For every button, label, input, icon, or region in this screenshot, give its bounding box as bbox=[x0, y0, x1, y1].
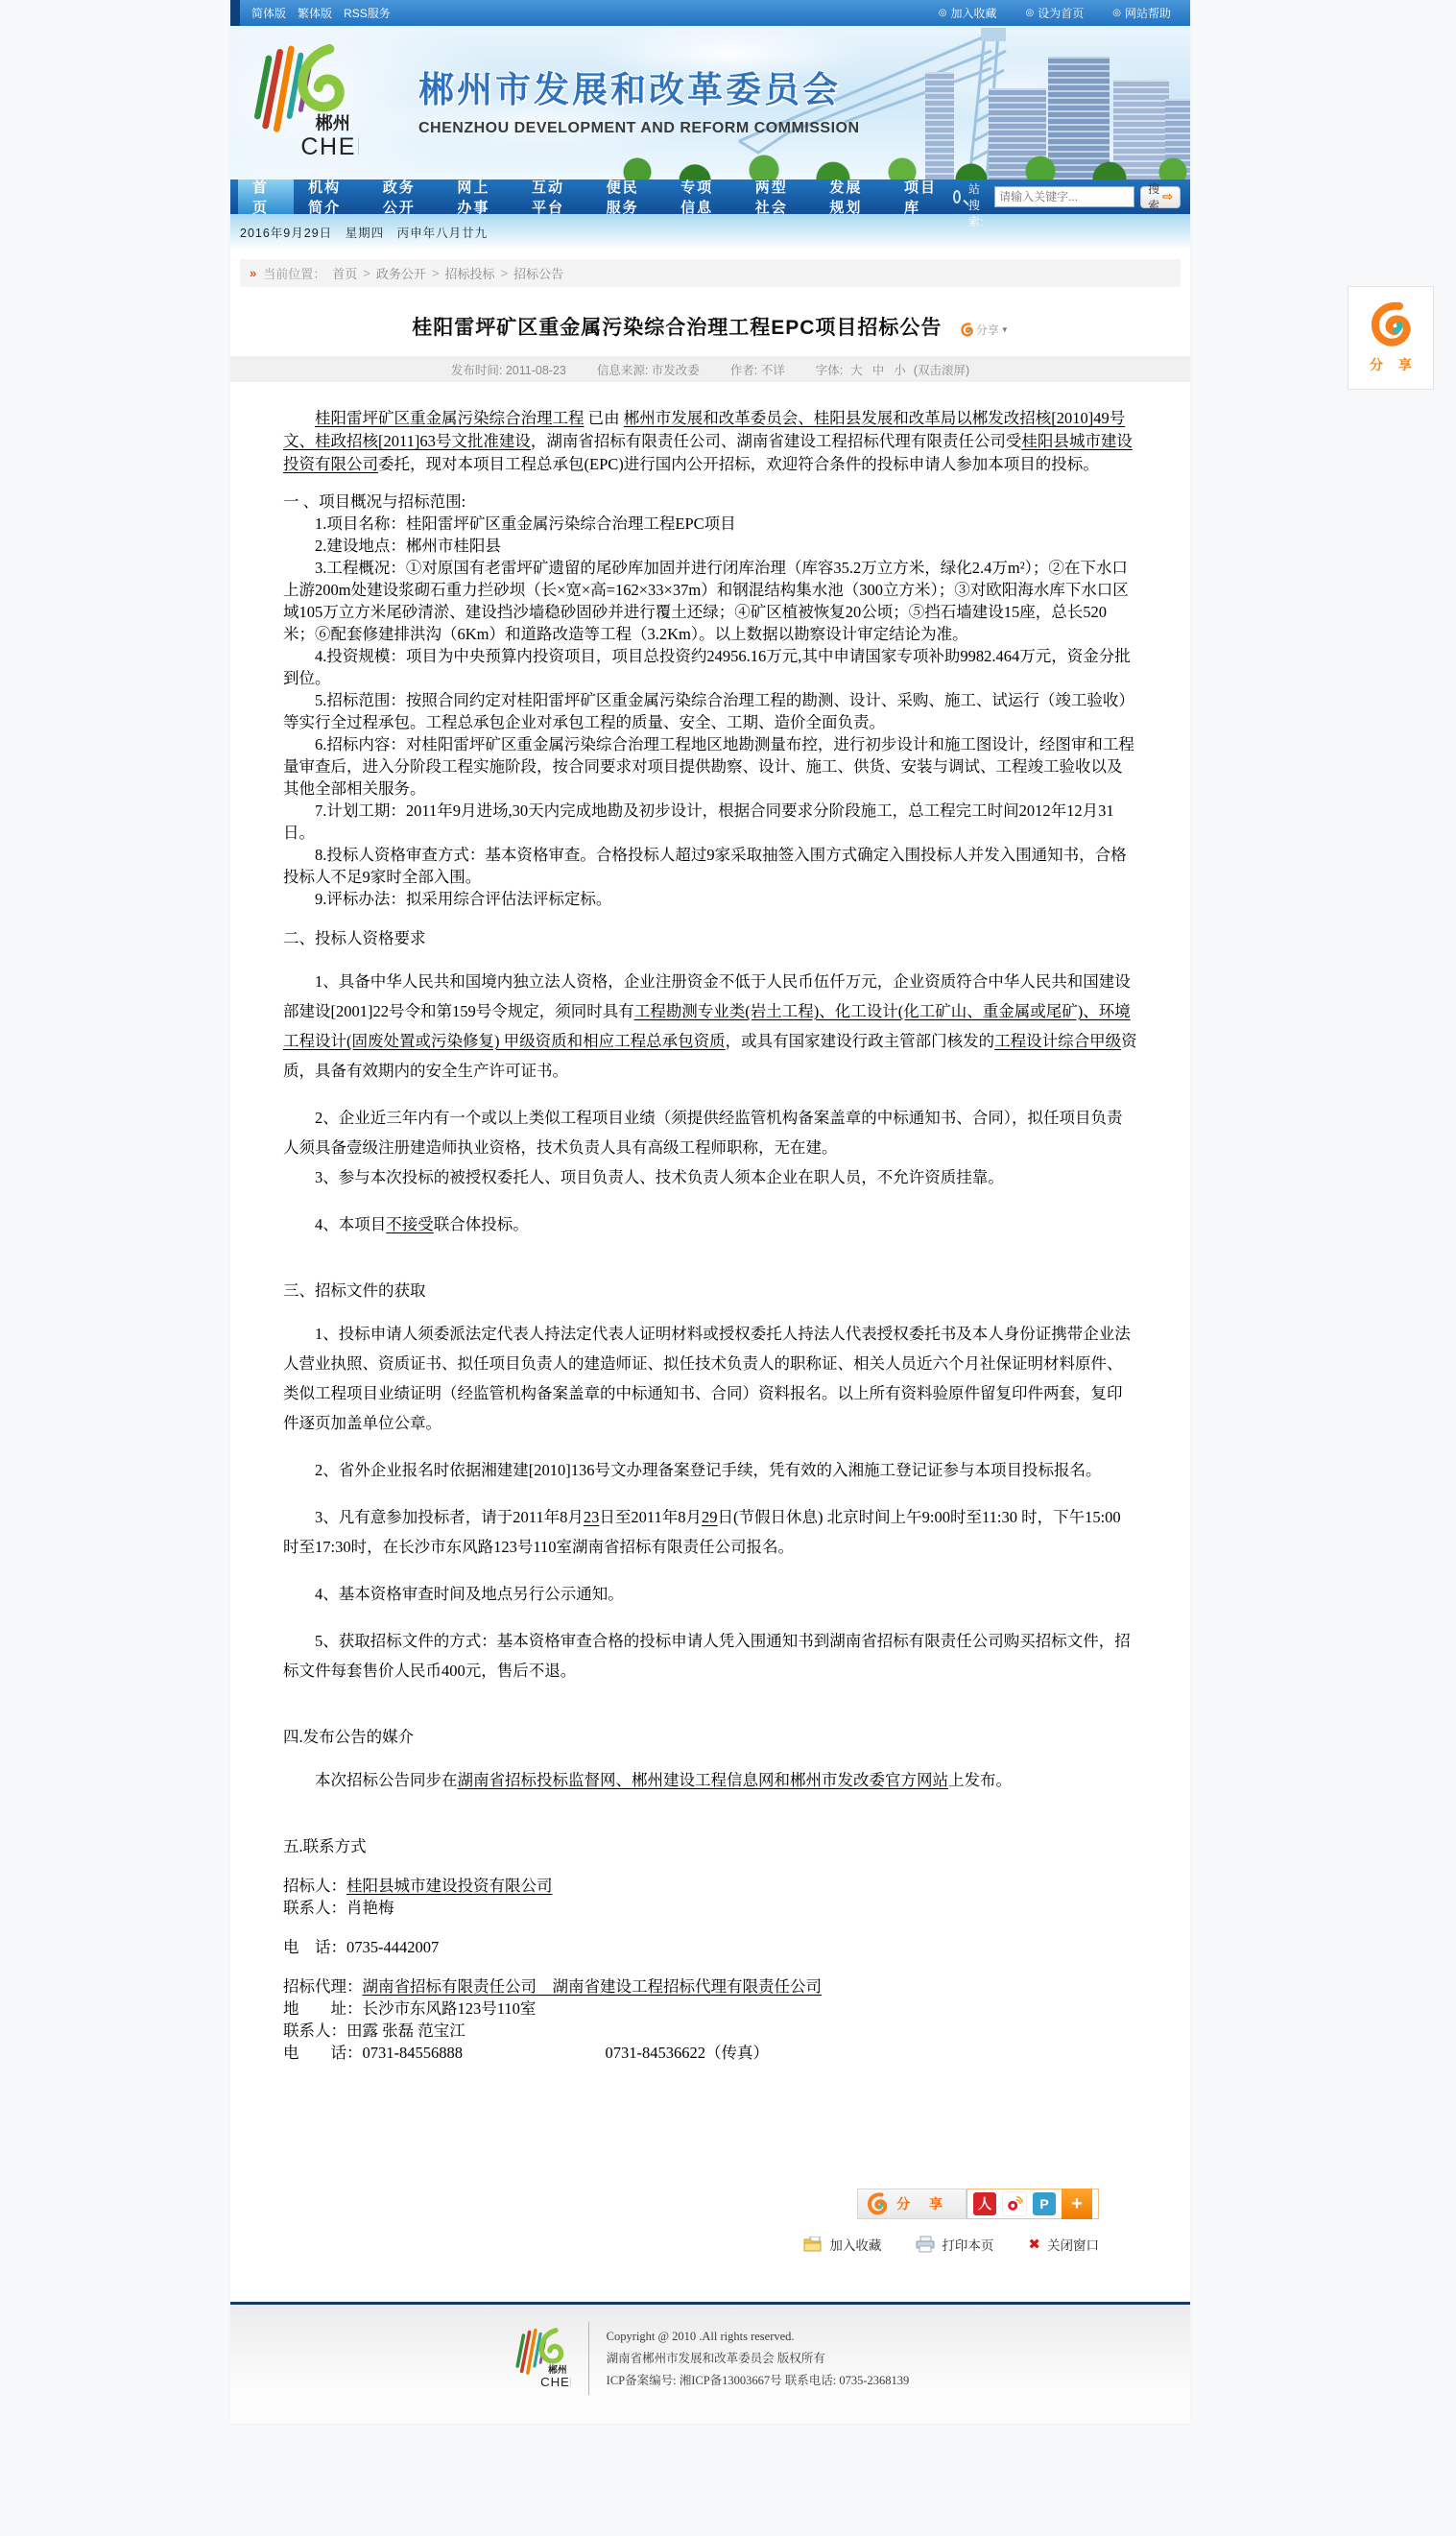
nav-item[interactable]: 便民服务 bbox=[592, 179, 667, 214]
icp-line: ICP备案编号: 湘ICP备13003667号 联系电话: 0735-23681… bbox=[607, 2370, 910, 2392]
current-date: 2016年9月29日 星期四 丙申年八月廿九 bbox=[240, 224, 488, 241]
paragraph: 5.招标范围：按照合同约定对桂阳雷坪矿区重金属污染综合治理工程的勘测、设计、采购… bbox=[283, 689, 1137, 733]
section-heading: 四.发布公告的媒介 bbox=[283, 1726, 1137, 1748]
printer-icon bbox=[916, 2236, 935, 2253]
bshare-label: 分 享 bbox=[896, 2194, 950, 2213]
simplified-chinese-link[interactable]: 简体版 bbox=[251, 5, 286, 21]
paragraph: 1、投标申请人须委派法定代表人持法定代表人证明材料或授权委托人持法人代表授权委托… bbox=[283, 1319, 1137, 1438]
share-button[interactable]: 分享 ▼ bbox=[960, 322, 1009, 338]
rights-line: 湖南省郴州市发展和改革委员会 版权所有 bbox=[607, 2348, 910, 2370]
article-meta-bar: 发布时间: 2011-08-23 信息来源: 市发改委 作者: 不详 字体: 大… bbox=[230, 356, 1190, 382]
section-heading: 三、招标文件的获取 bbox=[283, 1280, 1137, 1302]
close-x-icon: ✖ bbox=[1028, 2237, 1040, 2252]
topbar-left-links: 简体版 繁体版 RSS服务 bbox=[240, 5, 391, 21]
paragraph: 3.工程概况：①对原国有老雷坪矿遗留的尾砂库加固并进行闭库治理（库容35.2万立… bbox=[283, 557, 1137, 645]
author: 作者: 不详 bbox=[730, 361, 785, 378]
footer-divider bbox=[588, 2322, 589, 2395]
site-banner: 郴州市发展和改革委员会 CHENZHOU DEVELOPMENT AND REF… bbox=[230, 26, 1190, 179]
rss-service-link[interactable]: RSS服务 bbox=[344, 5, 391, 21]
paragraph: 4.投资规模：项目为中央预算内投资项目，项目总投资约24956.16万元,其中申… bbox=[283, 645, 1137, 689]
add-favorite-button[interactable]: 加入收藏 bbox=[803, 2235, 881, 2254]
font-size-small-button[interactable]: 小 bbox=[894, 361, 906, 378]
paragraph: 2、省外企业报名时依据湘建建[2010]136号文办理备案登记手续，凭有效的入湘… bbox=[283, 1455, 1137, 1485]
search-icon bbox=[953, 190, 961, 203]
nav-item[interactable]: 专项信息 bbox=[666, 179, 741, 214]
paragraph: 9.评标办法：拟采用综合评估法评标定标。 bbox=[283, 888, 1137, 910]
topbar: 简体版 繁体版 RSS服务 ◎加入收藏 ◎设为首页 ◎网站帮助 bbox=[230, 0, 1190, 26]
site-name-english: CHENZHOU DEVELOPMENT AND REFORM COMMISSI… bbox=[418, 120, 860, 137]
breadcrumb-link[interactable]: 首页 bbox=[332, 264, 357, 282]
bshare-logo-icon bbox=[960, 323, 974, 337]
main-navigation: 首 页机构简介政务公开网上办事互动平台便民服务专项信息两型社会发展规划项目库 全… bbox=[230, 179, 1190, 214]
breadcrumb-link[interactable]: 招标投标 bbox=[444, 264, 494, 282]
font-size-large-button[interactable]: 大 bbox=[850, 361, 863, 378]
breadcrumb: » 当前位置： 首页>政务公开>招标投标>招标公告 bbox=[240, 259, 1181, 287]
section-heading: 五.联系方式 bbox=[283, 1835, 1137, 1857]
footer-text: Copyright @ 2010 .All rights reserved. 湖… bbox=[607, 2326, 910, 2392]
share-zone: 分 享 人 P + bbox=[230, 2189, 1099, 2260]
paragraph: 电 话：0731-84556888 0731-84536622（传真） bbox=[283, 2042, 1137, 2064]
paragraph: 1.项目名称：桂阳雷坪矿区重金属污染综合治理工程EPC项目 bbox=[283, 513, 1137, 535]
date-bar: 2016年9月29日 星期四 丙申年八月廿九 bbox=[230, 214, 1190, 250]
site-title-block: 郴州市发展和改革委员会 CHENZHOU DEVELOPMENT AND REF… bbox=[418, 60, 860, 137]
circle-bullet-icon: ◎ bbox=[939, 9, 947, 18]
topbar-right-links: ◎加入收藏 ◎设为首页 ◎网站帮助 bbox=[939, 5, 1190, 21]
paragraph: 3、凡有意参加投标者，请于2011年8月23日至2011年8月29日(节假日休息… bbox=[283, 1502, 1137, 1562]
nav-item[interactable]: 机构简介 bbox=[294, 179, 369, 214]
topbar-corner-accent bbox=[230, 0, 240, 26]
paragraph: 5、获取招标文件的方式：基本资格审查合格的投标申请人凭入围通知书到湖南省招标有限… bbox=[283, 1626, 1137, 1686]
bookmark-folder-icon bbox=[803, 2237, 823, 2252]
foliage-illustration bbox=[614, 149, 1190, 179]
nav-item[interactable]: 政务公开 bbox=[369, 179, 443, 214]
bshare-icons: 人 P + bbox=[967, 2189, 1099, 2219]
paragraph: 2、企业近三年内有一个或以上类似工程项目业绩（须提供经监管机构备案盖章的中标通知… bbox=[283, 1103, 1137, 1162]
paragraph: 1、具备中华人民共和国境内独立法人资格，企业注册资金不低于人民币伍仟万元，企业资… bbox=[283, 967, 1137, 1086]
paragraph: 地 址：长沙市东风路123号110室 bbox=[283, 1998, 1137, 2020]
paragraph: 联系人：田露 张磊 范宝江 bbox=[283, 2020, 1137, 2042]
close-window-button[interactable]: ✖ 关闭窗口 bbox=[1028, 2235, 1099, 2254]
tqq-icon[interactable]: P bbox=[1033, 2192, 1056, 2215]
breadcrumb-separator: > bbox=[500, 266, 508, 280]
set-homepage-link[interactable]: ◎设为首页 bbox=[1026, 5, 1085, 21]
paragraph: 6.招标内容：对桂阳雷坪矿区重金属污染综合治理工程地区地勘测量布控，进行初步设计… bbox=[283, 733, 1137, 800]
chevron-down-icon: ▼ bbox=[1001, 325, 1009, 334]
paragraph: 8.投标人资格审查方式：基本资格审查。合格投标人超过9家采取抽签入围方式确定入围… bbox=[283, 844, 1137, 888]
nav-item[interactable]: 发展规划 bbox=[815, 179, 890, 214]
site-search: 全站搜索: 搜索⇨ bbox=[953, 179, 1190, 214]
paragraph: 电 话：0735-4442007 bbox=[283, 1936, 1137, 1958]
bshare-logo-icon bbox=[866, 2192, 889, 2215]
paragraph: 桂阳雷坪矿区重金属污染综合治理工程 已由 郴州市发展和改革委员会、桂阳县发展和改… bbox=[283, 407, 1137, 476]
nav-item[interactable]: 互动平台 bbox=[517, 179, 592, 214]
section-heading: 二、投标人资格要求 bbox=[283, 927, 1137, 949]
paragraph: 招标人：桂阳县城市建设投资有限公司 bbox=[283, 1875, 1137, 1897]
renren-icon[interactable]: 人 bbox=[973, 2192, 996, 2215]
traditional-chinese-link[interactable]: 繁体版 bbox=[298, 5, 332, 21]
site-logo bbox=[512, 2325, 571, 2392]
breadcrumb-separator: > bbox=[432, 266, 440, 280]
page-title: 桂阳雷坪矿区重金属污染综合治理工程EPC项目招标公告 bbox=[412, 317, 942, 339]
breadcrumb-link[interactable]: 招标公告 bbox=[513, 264, 563, 282]
more-share-icon[interactable]: + bbox=[1062, 2189, 1092, 2219]
breadcrumb-separator: > bbox=[363, 266, 370, 280]
scroll-hint: (双击滚屏) bbox=[914, 361, 969, 378]
section-heading: 一 、项目概况与招标范围: bbox=[283, 490, 1137, 513]
page-actions: 加入收藏 打印本页 ✖ 关闭窗口 bbox=[803, 2235, 1099, 2254]
nav-menu: 首 页机构简介政务公开网上办事互动平台便民服务专项信息两型社会发展规划项目库 bbox=[230, 179, 953, 214]
paragraph: 招标代理：湖南省招标有限责任公司 湖南省建设工程招标代理有限责任公司 bbox=[283, 1975, 1137, 1998]
publish-time: 发布时间: 2011-08-23 bbox=[451, 361, 566, 378]
info-source: 信息来源: 市发改委 bbox=[597, 361, 700, 378]
nav-item[interactable]: 两型社会 bbox=[741, 179, 816, 214]
search-button[interactable]: 搜索⇨ bbox=[1140, 186, 1181, 208]
site-help-link[interactable]: ◎网站帮助 bbox=[1112, 5, 1171, 21]
weibo-icon[interactable] bbox=[1002, 2191, 1027, 2216]
paragraph: 本次招标公告同步在湖南省招标投标监督网、郴州建设工程信息网和郴州市发改委官方网站… bbox=[283, 1765, 1137, 1795]
nav-item[interactable]: 项目库 bbox=[890, 179, 953, 214]
nav-item[interactable]: 首 页 bbox=[238, 179, 294, 214]
bshare-logo-icon bbox=[1368, 301, 1414, 347]
paragraph: 4、基本资格审查时间及地点另行公示通知。 bbox=[283, 1579, 1137, 1609]
page-container: 简体版 繁体版 RSS服务 ◎加入收藏 ◎设为首页 ◎网站帮助 bbox=[230, 0, 1190, 2424]
paragraph: 7.计划工期：2011年9月进场,30天内完成地勘及初步设计，根据合同要求分阶段… bbox=[283, 800, 1137, 844]
site-logo bbox=[246, 39, 359, 169]
font-label: 字体: bbox=[816, 361, 843, 378]
article-body: 桂阳雷坪矿区重金属污染综合治理工程 已由 郴州市发展和改革委员会、桂阳县发展和改… bbox=[230, 382, 1190, 2064]
copyright-line: Copyright @ 2010 .All rights reserved. bbox=[607, 2326, 910, 2348]
breadcrumb-arrow-icon: » bbox=[250, 266, 256, 280]
bshare-bar: 分 享 人 P + bbox=[857, 2189, 1099, 2219]
paragraph: 联系人：肖艳梅 bbox=[283, 1897, 1137, 1919]
floating-share-widget[interactable]: 分 享 bbox=[1348, 286, 1434, 390]
circle-bullet-icon: ◎ bbox=[1026, 9, 1035, 18]
paragraph: 3、参与本次投标的被授权委托人、项目负责人、技术负责人须本企业在职人员，不允许资… bbox=[283, 1162, 1137, 1192]
floating-share-label: 分 享 bbox=[1364, 355, 1418, 374]
print-page-button[interactable]: 打印本页 bbox=[916, 2235, 993, 2254]
add-favorite-link[interactable]: ◎加入收藏 bbox=[939, 5, 997, 21]
footer: Copyright @ 2010 .All rights reserved. 湖… bbox=[230, 2302, 1190, 2424]
search-input[interactable] bbox=[994, 186, 1134, 207]
nav-item[interactable]: 网上办事 bbox=[442, 179, 517, 214]
breadcrumb-prefix: 当前位置： bbox=[263, 264, 325, 282]
site-name-chinese: 郴州市发展和改革委员会 bbox=[418, 60, 860, 112]
paragraph: 2.建设地点：郴州市桂阳县 bbox=[283, 535, 1137, 557]
font-size-medium-button[interactable]: 中 bbox=[872, 361, 885, 378]
paragraph: 4、本项目不接受联合体投标。 bbox=[283, 1209, 1137, 1239]
breadcrumb-link[interactable]: 政务公开 bbox=[376, 264, 426, 282]
font-size-controls: 字体: 大 中 小 (双击滚屏) bbox=[816, 361, 969, 378]
circle-bullet-icon: ◎ bbox=[1112, 9, 1121, 18]
bshare-brand[interactable]: 分 享 bbox=[857, 2189, 967, 2219]
arrow-right-icon: ⇨ bbox=[1162, 189, 1173, 204]
article-header: 桂阳雷坪矿区重金属污染综合治理工程EPC项目招标公告 分享 ▼ bbox=[230, 312, 1190, 341]
breadcrumb-trail: 首页>政务公开>招标投标>招标公告 bbox=[332, 264, 563, 282]
content-area: » 当前位置： 首页>政务公开>招标投标>招标公告 桂阳雷坪矿区重金属污染综合治… bbox=[230, 259, 1190, 2424]
